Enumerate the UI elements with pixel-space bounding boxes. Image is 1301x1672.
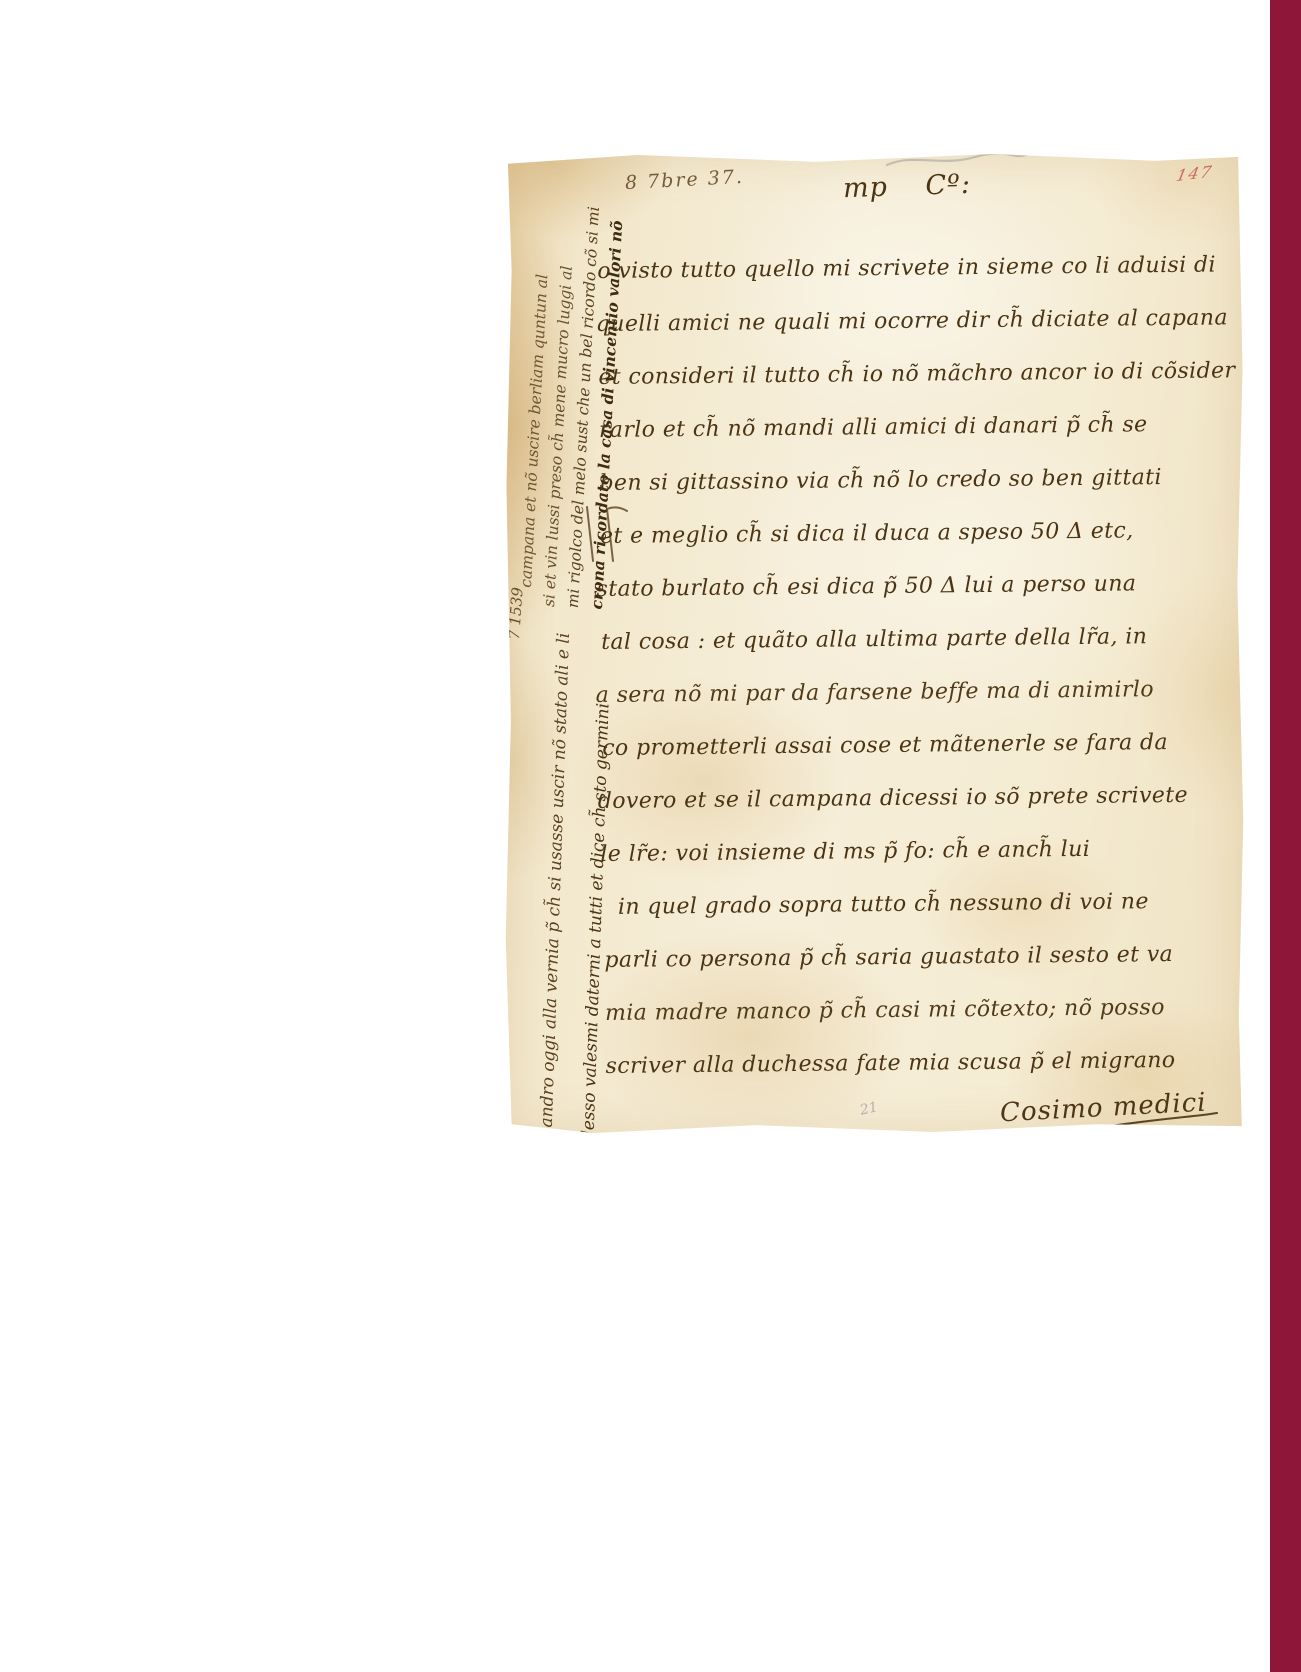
folio-number: 147 bbox=[1175, 162, 1215, 185]
letter-line: stato burlato ch̃ esi dica p̃ 50 Δ lui a… bbox=[596, 556, 1241, 616]
manuscript-scan: 8 7bre 37. mp Cº: 147 campana et nõ usci… bbox=[505, 153, 1244, 1134]
letter-line: et consideri il tutto ch̃ io nõ mãchro a… bbox=[598, 344, 1239, 404]
letter-line: o visto tutto quello mi scrivete in siem… bbox=[597, 238, 1238, 298]
letter-line: in quel grado sopra tutto ch̃ nessuno di… bbox=[618, 874, 1245, 934]
letter-line: a sera nõ mi par da farsene beffe ma di … bbox=[595, 662, 1242, 722]
letter-line: dovero et se il campana dicessi io sõ pr… bbox=[598, 768, 1244, 828]
date-line: 8 7bre 37. bbox=[625, 166, 745, 194]
letter-line: parli co persona p̃ ch̃ saria guastato i… bbox=[604, 927, 1245, 987]
letter-line: ben si gittassino via ch̃ nõ lo credo so… bbox=[599, 450, 1240, 510]
letter-line: quelli amici ne quali mi ocorre dir ch̃ … bbox=[596, 291, 1239, 351]
pencil-page-number: 21 bbox=[859, 1099, 880, 1118]
salutation: mp Cº: bbox=[842, 169, 971, 204]
page-background: 8 7bre 37. mp Cº: 147 campana et nõ usci… bbox=[0, 0, 1301, 1672]
letter-line: scriver alla duchessa fate mia scusa p̃ … bbox=[605, 1033, 1246, 1093]
letter-line: le lr̃e: voi insieme di ms p̃ fo: ch̃ e … bbox=[600, 821, 1244, 881]
letter-line: tal cosa : et quãto alla ultima parte de… bbox=[601, 609, 1242, 669]
margin-date: 7 1539 bbox=[505, 539, 532, 640]
right-accent-bar bbox=[1270, 0, 1301, 1672]
letter-line: mia madre manco p̃ ch̃ casi mi cõtexto; … bbox=[605, 980, 1246, 1040]
letter-line: rarlo et ch̃ nõ mandi alli amici di dana… bbox=[599, 397, 1240, 457]
letter-body: o visto tutto quello mi scrivete in siem… bbox=[597, 238, 1246, 1093]
letter-line: et e meglio ch̃ si dica il duca a speso … bbox=[600, 503, 1241, 563]
letter-line: co prometterli assai cose et mãtenerle s… bbox=[602, 715, 1243, 775]
